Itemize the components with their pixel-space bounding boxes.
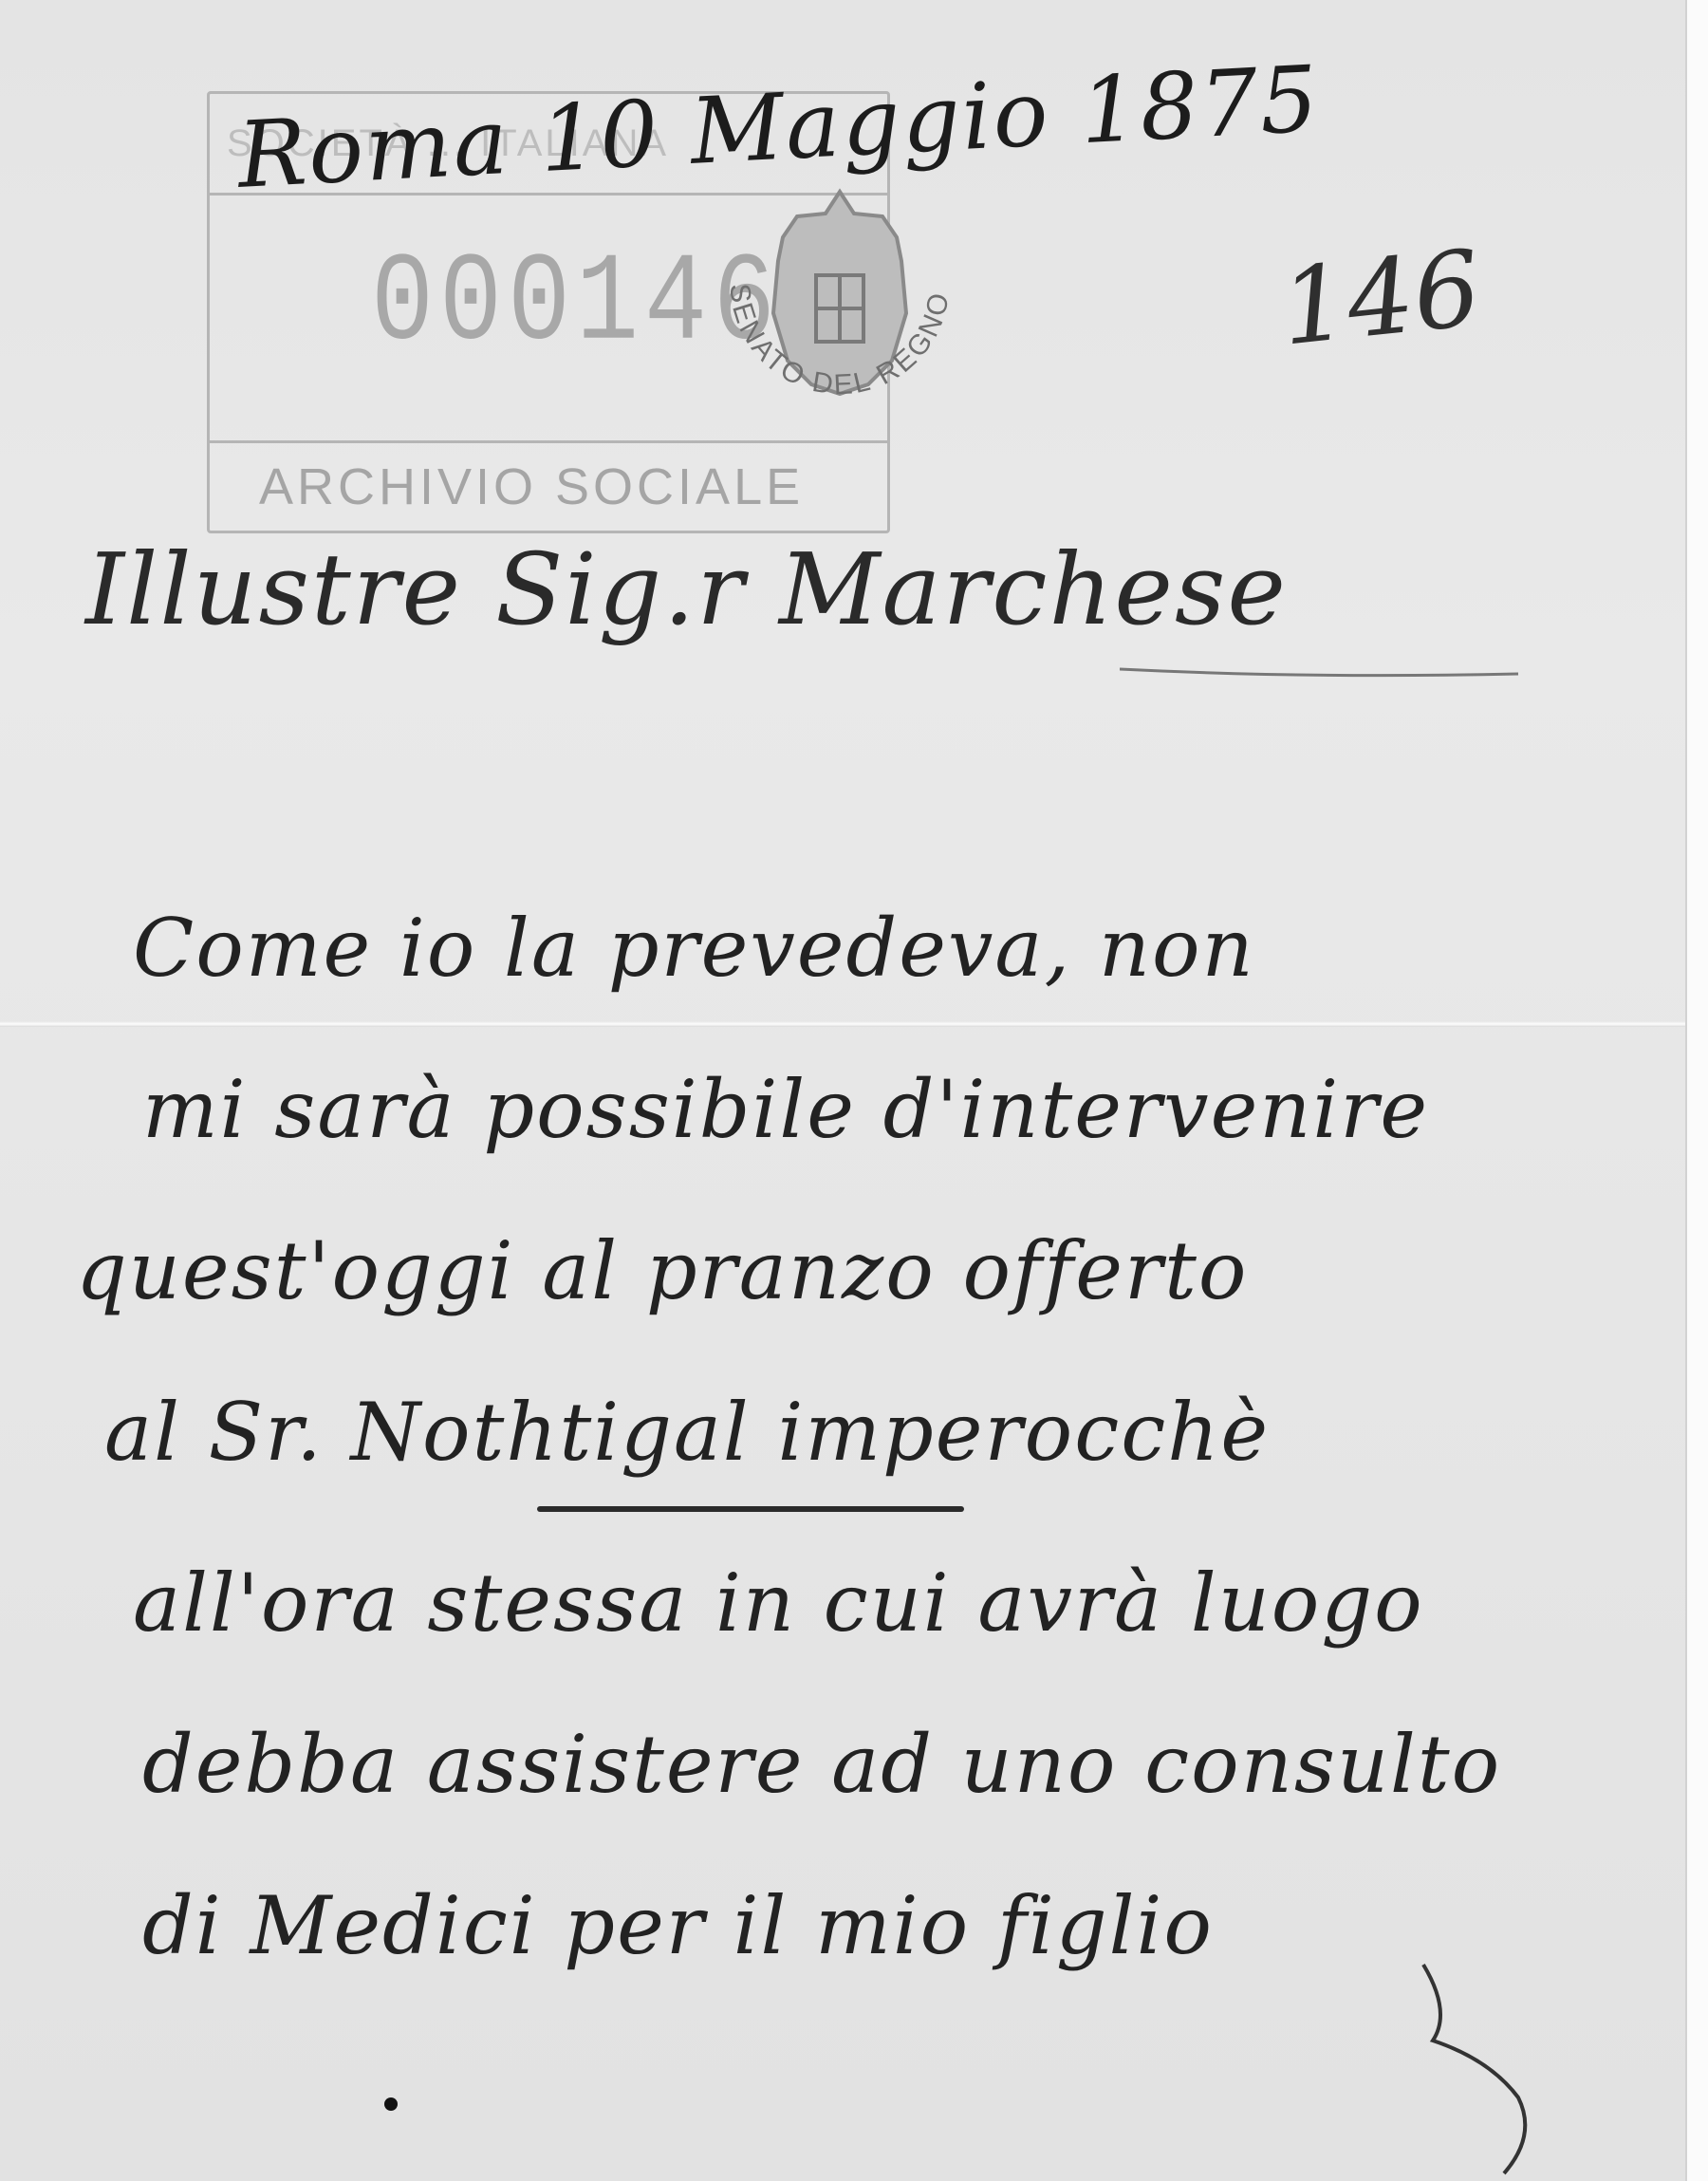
paper-fold-line [0,1021,1685,1027]
letter-line: di Medici per il mio figlio [142,1879,1214,1972]
letter-line: all'ora stessa in cui avrà luogo [133,1557,1424,1650]
stamp-bottom-text: ARCHIVIO SOCIALE [210,440,887,531]
letter-line: mi sarà possibile d'intervenire [142,1063,1429,1156]
closing-flourish [1414,1955,1566,2181]
senate-seal-icon: SENATO DEL REGNO [702,171,977,437]
letter-line: Come io la prevedeva, non [133,902,1255,995]
salutation-flourish [1120,650,1528,688]
letter-line: al Sr. Nothtigal imperocchè [104,1386,1270,1479]
letter-salutation: Illustre Sig.r Marchese [85,531,1288,647]
letter-line: debba assistere ad uno consulto [142,1718,1501,1811]
letter-page: SOCIETÀ ... ITALIANA 000146 ARCHIVIO SOC… [0,0,1687,2181]
handwritten-archive-number: 146 [1275,227,1486,368]
underline-stroke [537,1506,964,1512]
letter-line: quest'oggi al pranzo offerto [76,1224,1248,1317]
ink-blot [384,2097,398,2111]
